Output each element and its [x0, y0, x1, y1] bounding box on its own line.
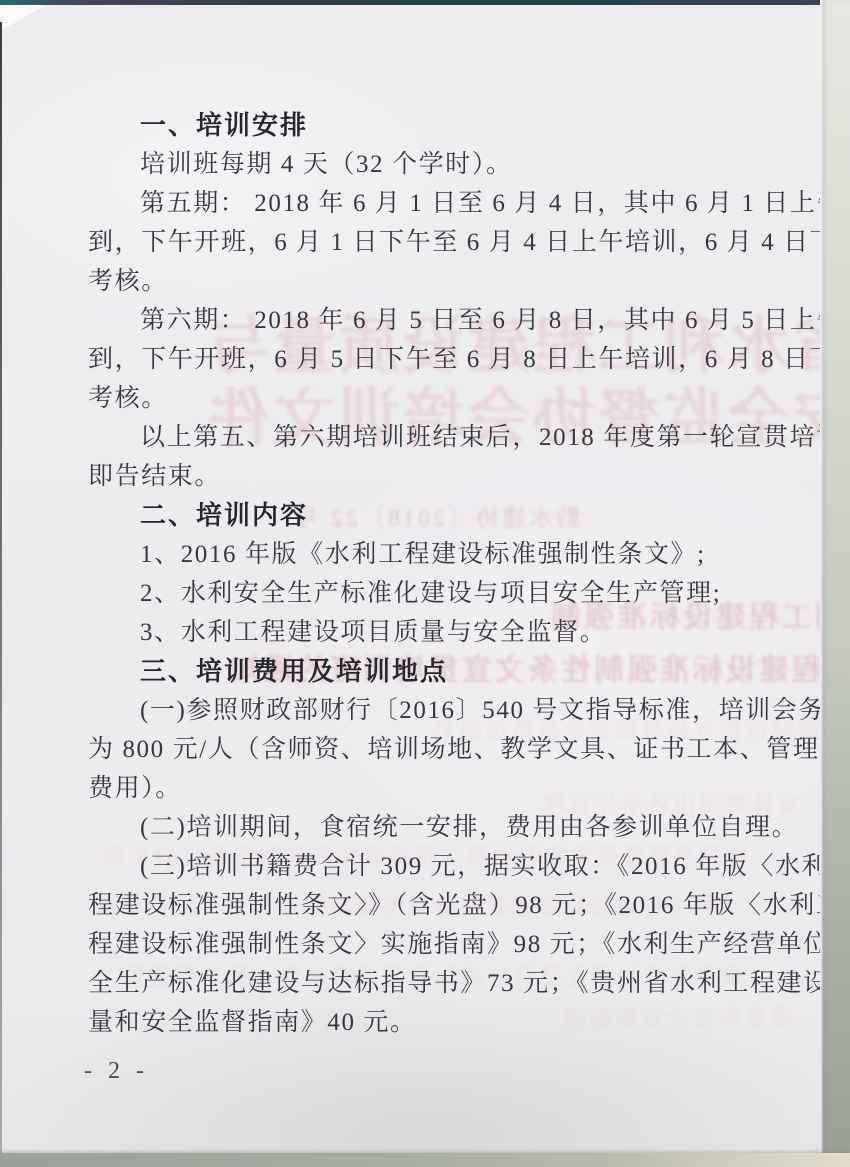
page-number: - 2 -	[84, 1058, 149, 1085]
text-line: 1、2016 年版《水利工程建设标准强制性条文》;	[88, 535, 778, 574]
section-heading: 三、培训费用及培训地点	[88, 652, 778, 691]
text-line: 全生产标准化建设与达标指导书》73 元；《贵州省水利工程建设质	[88, 964, 778, 1003]
text-line: 到，下午开班，6 月 1 日下午至 6 月 4 日上午培训，6 月 4 日下午	[88, 223, 778, 262]
text-line: 考核。	[88, 262, 778, 301]
text-line: 为 800 元/人（含师资、培训场地、教学文具、证书工本、管理等	[88, 730, 778, 769]
scanned-page: 贵州省水利工程建设质量与安全监督协会培训文件黔水建协〔2018〕22 号关于举办…	[0, 0, 850, 1167]
text-line: 2、水利安全生产标准化建设与项目安全生产管理;	[88, 574, 778, 613]
text-line: (二)培训期间，食宿统一安排，费用由各参训单位自理。	[88, 808, 778, 847]
text-line: (一)参照财政部财行〔2016〕540 号文指导标准，培训会务费	[88, 691, 778, 730]
scanner-bottom-edge	[0, 1153, 850, 1167]
text-line: 量和安全监督指南》40 元。	[88, 1003, 778, 1042]
scanner-top-edge	[0, 0, 850, 5]
text-line: 费用）。	[88, 769, 778, 808]
text-line: 培训班每期 4 天（32 个学时）。	[88, 145, 778, 184]
section-heading: 一、培训安排	[88, 106, 778, 145]
text-line: 程建设标准强制性条文〉实施指南》98 元；《水利生产经营单位安	[88, 925, 778, 964]
text-line: 以上第五、第六期培训班结束后，2018 年度第一轮宣贯培训	[88, 418, 778, 457]
text-line: 到，下午开班，6 月 5 日下午至 6 月 8 日上午培训，6 月 8 日下午	[88, 340, 778, 379]
scanner-left-edge	[0, 22, 2, 1157]
text-line: (三)培训书籍费合计 309 元，据实收取：《2016 年版〈水利工	[88, 847, 778, 886]
text-line: 第五期： 2018 年 6 月 1 日至 6 月 4 日，其中 6 月 1 日上…	[88, 184, 778, 223]
text-line: 程建设标准强制性条文〉》（含光盘）98 元；《2016 年版〈水利工	[88, 886, 778, 925]
section-heading: 二、培训内容	[88, 496, 778, 535]
page-corner	[0, 5, 46, 31]
document-body: 一、培训安排培训班每期 4 天（32 个学时）。第五期： 2018 年 6 月 …	[88, 106, 778, 1042]
text-line: 即告结束。	[88, 457, 778, 496]
text-line: 第六期： 2018 年 6 月 5 日至 6 月 8 日，其中 6 月 5 日上…	[88, 301, 778, 340]
text-line: 考核。	[88, 379, 778, 418]
scanner-right-band	[820, 0, 850, 1167]
text-line: 3、水利工程建设项目质量与安全监督。	[88, 613, 778, 652]
